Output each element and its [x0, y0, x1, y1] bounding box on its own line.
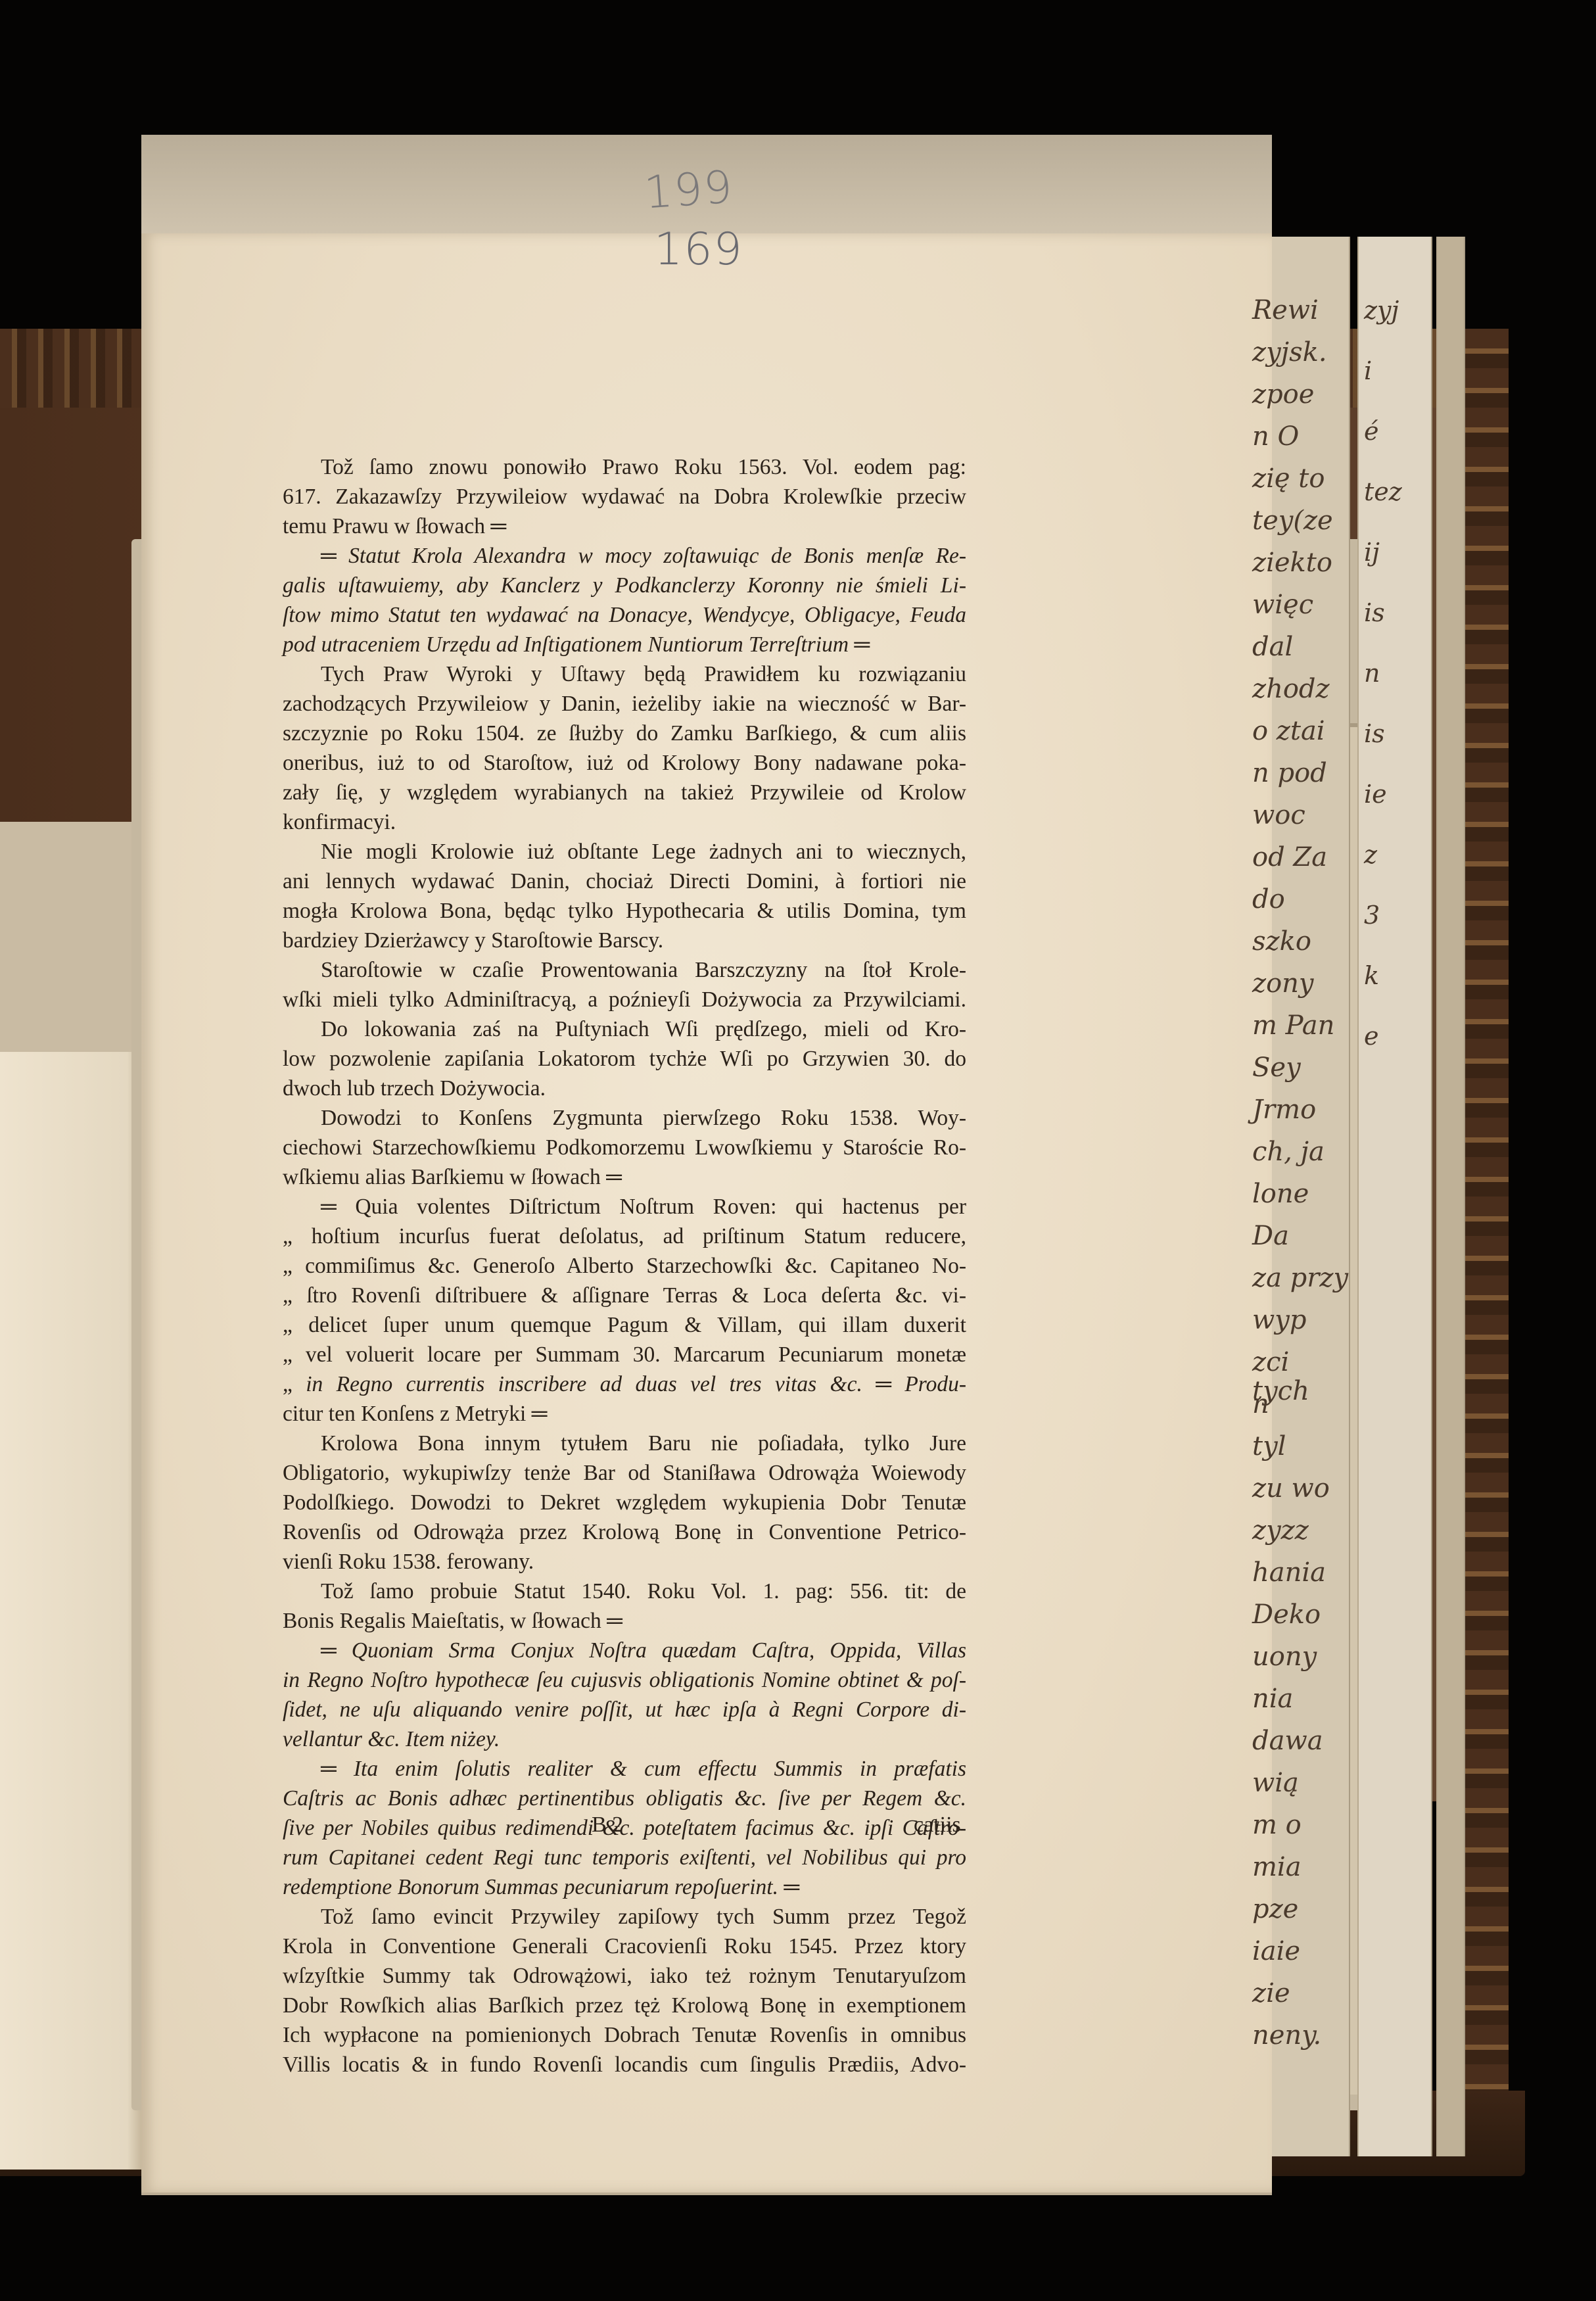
- handwritten-fragment: is: [1364, 598, 1436, 627]
- paragraph: Tož ſamo evincit Przywiley zapiſowy tych…: [283, 1902, 966, 2079]
- handwritten-fragment: uony: [1252, 1642, 1351, 1671]
- handwritten-fragment: zie: [1252, 1979, 1351, 2008]
- text-line: ſidet, ne uſu aliquando venire poſſit, u…: [283, 1695, 966, 1724]
- quotation-italic: ═ Statut Krola Alexandra w mocy zoſtawui…: [283, 541, 966, 659]
- handwritten-fragment: za przy: [1252, 1264, 1351, 1293]
- text-line: rum Capitanei cedent Regi tunc temporis …: [283, 1843, 966, 1872]
- handwritten-fragment: woc: [1252, 801, 1351, 830]
- text-line: Obligatorio, wykupiwſzy tenże Bar od Sta…: [283, 1458, 966, 1488]
- handwritten-fragment: Sey: [1252, 1053, 1351, 1082]
- text-line: vel voluerit locare per Summam 30. Marca…: [306, 1342, 966, 1367]
- handwritten-fragment: zyjsk.: [1252, 338, 1351, 367]
- handwritten-fragment: zyj: [1364, 296, 1436, 325]
- text-line: wſzyſtkie Summy tak Odrowążowi, iako też…: [283, 1961, 966, 1991]
- text-line: mogła Krolowa Bona, będąc tylko Hypothec…: [283, 896, 966, 926]
- folio-number-crossed: 199: [642, 161, 735, 219]
- text-line: Tož ſamo znowu ponowiło Prawo Roku 1563.…: [283, 452, 966, 482]
- handwritten-fragment: ziekto: [1252, 548, 1351, 577]
- handwritten-fragment: do: [1252, 885, 1351, 914]
- handwritten-fragment: tyl: [1252, 1432, 1351, 1461]
- text-line: Dobr Rowſkich alias Barſkich przez tęż K…: [283, 1991, 966, 2020]
- text-line: Tych Praw Wyroki y Uſtawy będą Prawidłem…: [283, 659, 966, 689]
- text-line: Ich wypłacone na pomienionych Dobrach Te…: [283, 2020, 966, 2050]
- handwritten-fragment: é: [1364, 417, 1436, 446]
- paragraph: Staroſtowie w czaſie Prowentowania Barsz…: [283, 955, 966, 1014]
- paragraph: Nie mogli Krolowie iuż obſtante Lege żad…: [283, 837, 966, 955]
- handwritten-fragment: n: [1252, 1390, 1351, 1419]
- text-line: szczyznie po Roku 1504. ze ſłużby do Zam…: [283, 719, 966, 748]
- paragraph: Dowodzi to Konſens Zygmunta pierwſzego R…: [283, 1103, 966, 1192]
- quotation-italic: ═ Quoniam Srma Conjux Noſtra quædam Caſt…: [283, 1636, 966, 1754]
- text-line: bardziey Dzierżawcy y Staroſtowie Barscy…: [283, 926, 966, 955]
- handwritten-fragment: n: [1364, 659, 1436, 688]
- paragraph: Tož ſamo probuie Statut 1540. Roku Vol. …: [283, 1577, 966, 1636]
- handwritten-fragment: Deko: [1252, 1600, 1351, 1629]
- text-line: oneribus, iuż to od Staroſtow, iuż od Kr…: [283, 748, 966, 778]
- quotation-latin: ═ Quia volentes Diſtrictum Noſtrum Roven…: [283, 1192, 966, 1429]
- paragraph: Krolowa Bona innym tytułem Baru nie poſi…: [283, 1429, 966, 1577]
- handwritten-fragment: zu wo: [1252, 1474, 1351, 1503]
- text-line: galis uſtawuiemy, aby Kanclerz y Podkanc…: [283, 571, 966, 600]
- handwritten-fragment: m Pan: [1252, 1011, 1351, 1040]
- handwritten-fragment: mia: [1252, 1853, 1351, 1882]
- left-page: [0, 1052, 141, 2170]
- text-line: Do lokowania zaś na Puſtyniach Wſi prędſ…: [283, 1014, 966, 1044]
- handwritten-fragment: wyp: [1252, 1306, 1351, 1335]
- handwritten-fragment: Rewi: [1252, 296, 1351, 325]
- handwritten-fragment: więc: [1252, 590, 1351, 619]
- text-line: Krolowa Bona innym tytułem Baru nie poſi…: [283, 1429, 966, 1458]
- text-line: Dowodzi to Konſens Zygmunta pierwſzego R…: [283, 1103, 966, 1133]
- handwritten-fragment: m o: [1252, 1811, 1351, 1839]
- handwritten-fragment: lone: [1252, 1179, 1351, 1208]
- text-line: Tož ſamo evincit Przywiley zapiſowy tych…: [283, 1902, 966, 1932]
- text-line: Krola in Conventione Generali Cracovienſ…: [283, 1932, 966, 1961]
- handwritten-fragment: k: [1364, 961, 1436, 990]
- handwritten-fragment: Jrmo: [1252, 1095, 1351, 1124]
- text-line: low pozwolenie zapiſania Lokatorom tychż…: [283, 1044, 966, 1074]
- handwritten-fragment: zię to: [1252, 464, 1351, 493]
- text-line: vienſi Roku 1538. ferowany.: [283, 1547, 966, 1577]
- text-line: ſive per Nobiles quibus redimendi &c. po…: [283, 1813, 966, 1843]
- handwritten-fragment: hania: [1252, 1558, 1351, 1587]
- handwritten-fragment: zhodz: [1252, 675, 1351, 703]
- catchword: catiis: [914, 1813, 961, 1838]
- text-line: konfirmacyi.: [283, 807, 966, 837]
- text-line: Tož ſamo probuie Statut 1540. Roku Vol. …: [283, 1577, 966, 1606]
- handwritten-fragment: tey(ze: [1252, 506, 1351, 535]
- text-line: delicet ſuper unum quemque Pagum & Villa…: [308, 1313, 966, 1337]
- text-line: 617. Zakazawſzy Przywileiow wydawać na D…: [283, 482, 966, 511]
- text-line: ═ Statut Krola Alexandra w mocy zoſtawui…: [283, 541, 966, 571]
- text-line: Caſtris ac Bonis adhæc pertinentibus obl…: [283, 1784, 966, 1813]
- handwritten-fragment: neny.: [1252, 2021, 1351, 2050]
- paragraph: Tož ſamo znowu ponowiło Prawo Roku 1563.…: [283, 452, 966, 541]
- handwritten-fragment: 3: [1364, 901, 1436, 930]
- text-line: ═ Quoniam Srma Conjux Noſtra quædam Caſt…: [283, 1636, 966, 1665]
- handwritten-fragment: o ztai: [1252, 717, 1351, 746]
- text-line: wſkiemu alias Barſkiemu w ſłowach ═: [283, 1162, 966, 1192]
- folio-number: 169: [654, 224, 743, 275]
- handwritten-fragment: is: [1364, 719, 1436, 748]
- text-line: wſki mieli tylko Adminiſtracyą, a poźnie…: [283, 985, 966, 1014]
- handwritten-fragment: pze: [1252, 1895, 1351, 1924]
- handwritten-fragment: ch, ja: [1252, 1137, 1351, 1166]
- text-line: Staroſtowie w czaſie Prowentowania Barsz…: [283, 955, 966, 985]
- text-line: pod utraceniem Urzędu ad Inſtigationem N…: [283, 630, 966, 659]
- handwritten-fragment: ie: [1364, 780, 1436, 809]
- text-line: commiſimus &c. Generoſo Alberto Starzech…: [305, 1254, 966, 1278]
- text-line: Villis locatis & in fundo Rovenſi locand…: [283, 2050, 966, 2079]
- text-line: in Regno Noſtro hypothecæ ſeu cujusvis o…: [283, 1665, 966, 1695]
- handwritten-fragment: n pod: [1252, 759, 1351, 788]
- handwritten-fragment: i: [1364, 356, 1436, 385]
- text-line: hoſtium incurſus fuerat deſolatus, ad pr…: [312, 1224, 966, 1248]
- handwritten-fragment: wią: [1252, 1768, 1351, 1797]
- text-line: vellantur &c. Item niżey.: [283, 1724, 966, 1754]
- text-line: in Regno currentis inscribere ad duas ve…: [306, 1372, 966, 1396]
- quotation-italic: ═ Ita enim ſolutis realiter & cum effect…: [283, 1754, 966, 1902]
- handwritten-fragment: od Za: [1252, 843, 1351, 872]
- text-line: ═ Quia volentes Diſtrictum Noſtrum Roven…: [283, 1192, 966, 1222]
- text-line: ═ Ita enim ſolutis realiter & cum effect…: [283, 1754, 966, 1784]
- text-line: Rovenſis od Odrowąża przez Krolową Bonę …: [283, 1517, 966, 1547]
- text-line: ani lennych wydawać Danin, chociaż Direc…: [283, 866, 966, 896]
- handwritten-fragment: zyzz: [1252, 1516, 1351, 1545]
- handwritten-fragment: e: [1364, 1022, 1436, 1051]
- handwritten-fragment: zony: [1252, 969, 1351, 998]
- text-line: zały ſię, y względem wyrabianych na taki…: [283, 778, 966, 807]
- signature-mark: B 2: [592, 1813, 623, 1838]
- handwritten-fragment: szko: [1252, 927, 1351, 956]
- manuscript-strip-outer: [1357, 237, 1432, 2156]
- text-line: redemptione Bonorum Summas pecuniarum re…: [283, 1872, 966, 1902]
- paragraph: Do lokowania zaś na Puſtyniach Wſi prędſ…: [283, 1014, 966, 1103]
- handwritten-fragment: dawa: [1252, 1726, 1351, 1755]
- handwritten-fragment: n O: [1252, 422, 1351, 451]
- text-line: temu Prawu w ſłowach ═: [283, 511, 966, 541]
- paragraph: Tych Praw Wyroki y Uſtawy będą Prawidłem…: [283, 659, 966, 837]
- text-line: ciechowi Starzechowſkiemu Podkomorzemu L…: [283, 1133, 966, 1162]
- text-line: Nie mogli Krolowie iuż obſtante Lege żad…: [283, 837, 966, 866]
- handwritten-fragment: dal: [1252, 632, 1351, 661]
- handwritten-fragment: nia: [1252, 1684, 1351, 1713]
- handwritten-fragment: zpoe: [1252, 380, 1351, 409]
- handwritten-fragment: iaie: [1252, 1937, 1351, 1966]
- handwritten-fragment: z: [1364, 840, 1436, 869]
- handwritten-fragment: tez: [1364, 477, 1436, 506]
- manuscript-strip-edge: [1436, 237, 1465, 2156]
- text-line: citur ten Konſens z Metryki ═: [283, 1399, 966, 1429]
- body-text: Tož ſamo znowu ponowiło Prawo Roku 1563.…: [283, 452, 966, 2079]
- text-line: dwoch lub trzech Dożywocia.: [283, 1074, 966, 1103]
- text-line: zachodzących Przywileiow y Danin, ieżeli…: [283, 689, 966, 719]
- text-line: Podolſkiego. Dowodzi to Dekret względem …: [283, 1488, 966, 1517]
- text-line: Bonis Regalis Maieſtatis, w ſłowach ═: [283, 1606, 966, 1636]
- text-line: ſtro Rovenſi diſtribuere & aſſignare Ter…: [306, 1283, 966, 1308]
- left-page-edge: [0, 822, 141, 1058]
- text-line: ſtow mimo Statut ten wydawać na Donacye,…: [283, 600, 966, 630]
- handwritten-fragment: Da: [1252, 1222, 1351, 1250]
- handwritten-fragment: ij: [1364, 538, 1436, 567]
